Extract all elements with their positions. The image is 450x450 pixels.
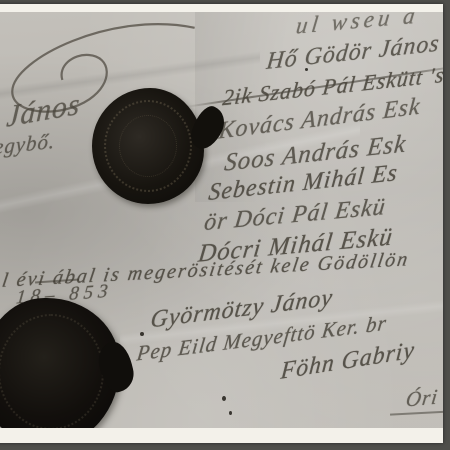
wax-seal-top xyxy=(92,88,204,204)
ink-speck xyxy=(140,332,144,336)
ink-speck xyxy=(222,396,226,401)
handwriting-left-fragment: egybő. xyxy=(0,129,56,161)
photo-of-document: ul wseu a Hő Gödör János Ju 2ik Szabó Pá… xyxy=(0,0,450,450)
seal-emboss-ring xyxy=(0,314,104,428)
handwriting-signature: Óri xyxy=(405,384,440,412)
photo-paper: ul wseu a Hő Gödör János Ju 2ik Szabó Pá… xyxy=(0,4,443,443)
ink-speck xyxy=(229,411,232,415)
document-print: ul wseu a Hő Gödör János Ju 2ik Szabó Pá… xyxy=(0,12,443,428)
ink-speck xyxy=(305,68,308,71)
seal-emboss-ring xyxy=(119,115,177,177)
